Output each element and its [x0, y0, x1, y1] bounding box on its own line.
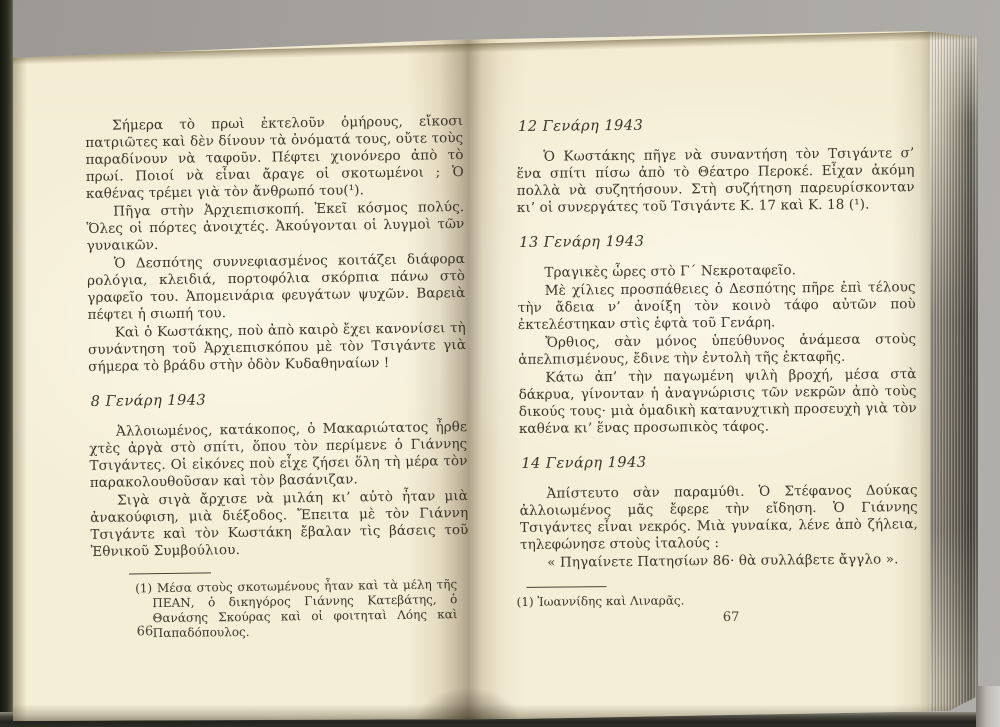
footnote: (1) Ἰωαννίδης καὶ Λιναρᾶς. [517, 591, 919, 610]
quote-paragraph: « Πηγαίνετε Πατησίων 86· θὰ συλλάβετε ἄγ… [520, 551, 918, 572]
paragraph: Ὄρθιος, σὰν μόνος ὑπεύθυνος ἀνάμεσα στοὺ… [518, 331, 916, 369]
page-number: 67 [723, 610, 740, 625]
date-heading: 14 Γενάρη 1943 [521, 451, 917, 473]
scanner-bed-corner [976, 686, 1000, 727]
date-heading: 13 Γενάρη 1943 [519, 230, 915, 252]
open-book: Σήμερα τὸ πρωὶ ἐκτελοῦν ὁμήρους, εἴκοσι … [13, 0, 978, 722]
paragraph: Καὶ ὁ Κωστάκης, ποὺ ἀπὸ καιρὸ ἔχει κανον… [88, 320, 467, 376]
date-heading: 8 Γενάρη 1943 [91, 388, 467, 411]
paragraph: Σήμερα τὸ πρωὶ ἐκτελοῦν ὁμήρους, εἴκοσι … [85, 113, 464, 203]
footnote: (1) Μέσα στοὺς σκοτωμένους ἦταν καὶ τὰ μ… [152, 577, 458, 641]
paragraph: Μὲ χίλιες προσπάθειες ὁ Δεσπότης πῆρε ἐπ… [518, 279, 916, 334]
paragraph: Ἀπίστευτο σὰν παραμύθι. Ὁ Στέφανος Δούκα… [520, 482, 919, 554]
paragraph: Ἀλλοιωμένος, κατάκοπος, ὁ Μακαριώτατος ἦ… [89, 419, 468, 492]
footnote-rule [527, 586, 607, 588]
left-page-edge-shade [13, 0, 27, 722]
paragraph: Κάτω ἀπ’ τὴν παγωμένη ψιλὴ βροχή, μέσα σ… [518, 366, 917, 438]
paragraph: Σιγὰ σιγὰ ἄρχισε νὰ μιλάη κι’ αὐτὸ ἦταν … [90, 488, 469, 561]
page-number: 66 [137, 624, 154, 639]
date-heading: 12 Γενάρη 1943 [518, 114, 914, 136]
book-scan: Σήμερα τὸ πρωὶ ἐκτελοῦν ὁμήρους, εἴκοσι … [0, 0, 1000, 727]
left-cover-edge [0, 0, 13, 727]
right-page: 12 Γενάρη 1943 Ὁ Κωστάκης πῆγε νὰ συναντ… [516, 114, 920, 718]
paragraph: Ὁ Κωστάκης πῆγε νὰ συναντήση τὸν Τσιγάντ… [516, 145, 915, 217]
footnote-rule [129, 572, 211, 574]
paragraph: Ὁ Δεσπότης συννεφιασμένος κοιτάζει διάφο… [87, 251, 466, 324]
left-page: Σήμερα τὸ πρωὶ ἐκτελοῦν ὁμήρους, εἴκοσι … [85, 113, 471, 718]
paragraph: Πῆγα στὴν Ἀρχιεπισκοπή. Ἐκεῖ κόσμος πολύ… [86, 199, 465, 255]
fore-edge-pages [930, 26, 978, 722]
